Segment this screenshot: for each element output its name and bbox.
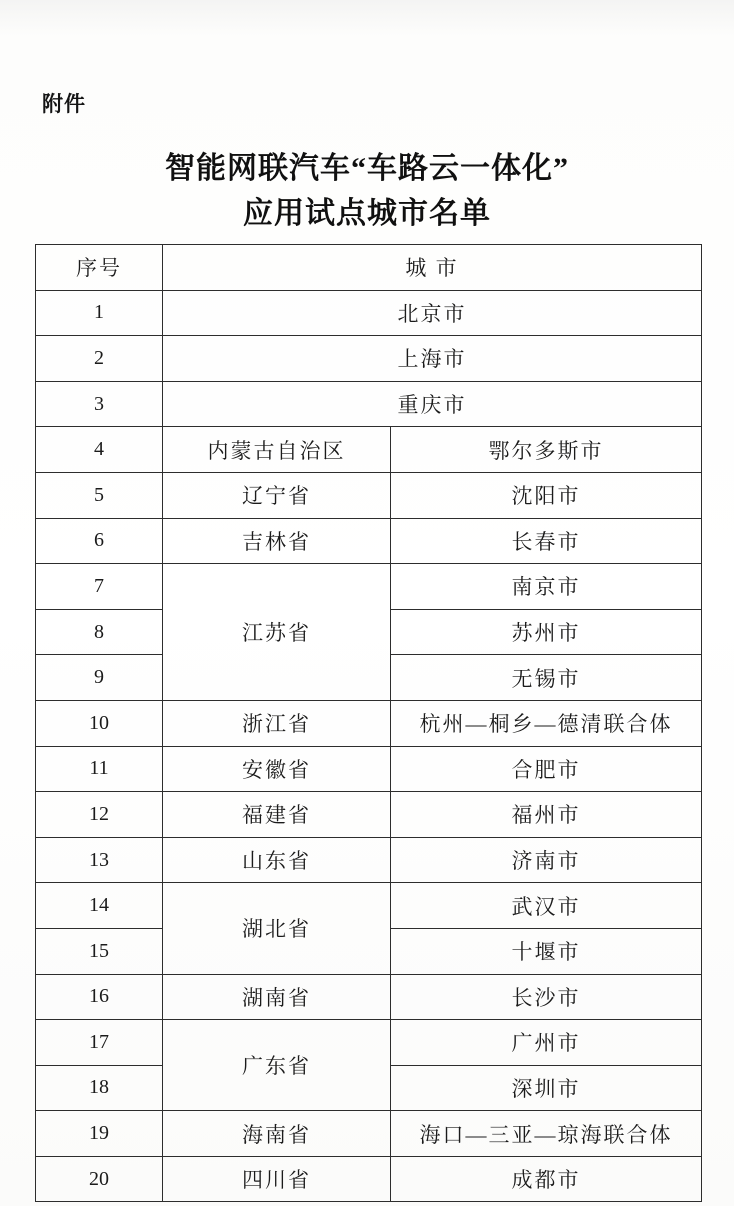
table-row: 14湖北省武汉市 — [36, 883, 702, 929]
city-cell: 上海市 — [163, 336, 702, 382]
serial-number-cell: 5 — [36, 472, 163, 518]
province-cell: 湖北省 — [163, 883, 391, 974]
serial-number-cell: 16 — [36, 974, 163, 1020]
province-cell: 辽宁省 — [163, 472, 391, 518]
table-row: 13山东省济南市 — [36, 837, 702, 883]
city-cell: 济南市 — [391, 837, 702, 883]
city-cell: 沈阳市 — [391, 472, 702, 518]
province-cell: 广东省 — [163, 1020, 391, 1111]
city-cell: 南京市 — [391, 564, 702, 610]
city-cell: 成都市 — [391, 1156, 702, 1202]
province-cell: 安徽省 — [163, 746, 391, 792]
city-cell: 武汉市 — [391, 883, 702, 929]
city-cell: 杭州—桐乡—德清联合体 — [391, 700, 702, 746]
document-title: 智能网联汽车“车路云一体化” 应用试点城市名单 — [0, 146, 734, 236]
serial-number-cell: 2 — [36, 336, 163, 382]
serial-number-cell: 20 — [36, 1156, 163, 1202]
province-cell: 四川省 — [163, 1156, 391, 1202]
table-row: 10浙江省杭州—桐乡—德清联合体 — [36, 700, 702, 746]
serial-number-cell: 12 — [36, 792, 163, 838]
header-city: 城 市 — [163, 245, 702, 291]
city-cell: 深圳市 — [391, 1065, 702, 1111]
table-row: 16湖南省长沙市 — [36, 974, 702, 1020]
province-cell: 福建省 — [163, 792, 391, 838]
table-row: 19海南省海口—三亚—琼海联合体 — [36, 1111, 702, 1157]
header-serial-number: 序号 — [36, 245, 163, 291]
table-row: 3重庆市 — [36, 381, 702, 427]
serial-number-cell: 3 — [36, 381, 163, 427]
serial-number-cell: 6 — [36, 518, 163, 564]
province-cell: 江苏省 — [163, 564, 391, 701]
serial-number-cell: 13 — [36, 837, 163, 883]
serial-number-cell: 15 — [36, 928, 163, 974]
city-cell: 鄂尔多斯市 — [391, 427, 702, 473]
serial-number-cell: 8 — [36, 609, 163, 655]
serial-number-cell: 10 — [36, 700, 163, 746]
table-row: 17广东省广州市 — [36, 1020, 702, 1066]
city-cell: 福州市 — [391, 792, 702, 838]
serial-number-cell: 1 — [36, 290, 163, 336]
table-row: 6吉林省长春市 — [36, 518, 702, 564]
table-row: 20四川省成都市 — [36, 1156, 702, 1202]
province-cell: 海南省 — [163, 1111, 391, 1157]
document-page: 附件 智能网联汽车“车路云一体化” 应用试点城市名单 序号 城 市 1北京市2上… — [0, 0, 734, 1206]
table-row: 7江苏省南京市 — [36, 564, 702, 610]
serial-number-cell: 19 — [36, 1111, 163, 1157]
table-header-row: 序号 城 市 — [36, 245, 702, 291]
table-row: 4内蒙古自治区鄂尔多斯市 — [36, 427, 702, 473]
serial-number-cell: 9 — [36, 655, 163, 701]
city-cell: 无锡市 — [391, 655, 702, 701]
city-cell: 海口—三亚—琼海联合体 — [391, 1111, 702, 1157]
title-line-2: 应用试点城市名单 — [243, 197, 491, 230]
table-body: 1北京市2上海市3重庆市4内蒙古自治区鄂尔多斯市5辽宁省沈阳市6吉林省长春市7江… — [36, 290, 702, 1202]
serial-number-cell: 18 — [36, 1065, 163, 1111]
province-cell: 浙江省 — [163, 700, 391, 746]
serial-number-cell: 14 — [36, 883, 163, 929]
province-cell: 内蒙古自治区 — [163, 427, 391, 473]
city-cell: 长春市 — [391, 518, 702, 564]
province-cell: 湖南省 — [163, 974, 391, 1020]
serial-number-cell: 11 — [36, 746, 163, 792]
city-cell: 重庆市 — [163, 381, 702, 427]
table-row: 11安徽省合肥市 — [36, 746, 702, 792]
table-row: 5辽宁省沈阳市 — [36, 472, 702, 518]
city-cell: 北京市 — [163, 290, 702, 336]
serial-number-cell: 17 — [36, 1020, 163, 1066]
table-row: 1北京市 — [36, 290, 702, 336]
table-row: 12福建省福州市 — [36, 792, 702, 838]
city-cell: 十堰市 — [391, 928, 702, 974]
province-cell: 吉林省 — [163, 518, 391, 564]
table-row: 2上海市 — [36, 336, 702, 382]
city-cell: 广州市 — [391, 1020, 702, 1066]
province-cell: 山东省 — [163, 837, 391, 883]
city-cell: 苏州市 — [391, 609, 702, 655]
city-cell: 合肥市 — [391, 746, 702, 792]
attachment-label: 附件 — [42, 88, 86, 118]
serial-number-cell: 7 — [36, 564, 163, 610]
city-cell: 长沙市 — [391, 974, 702, 1020]
pilot-cities-table: 序号 城 市 1北京市2上海市3重庆市4内蒙古自治区鄂尔多斯市5辽宁省沈阳市6吉… — [35, 244, 702, 1202]
serial-number-cell: 4 — [36, 427, 163, 473]
title-line-1: 智能网联汽车“车路云一体化” — [165, 152, 569, 185]
